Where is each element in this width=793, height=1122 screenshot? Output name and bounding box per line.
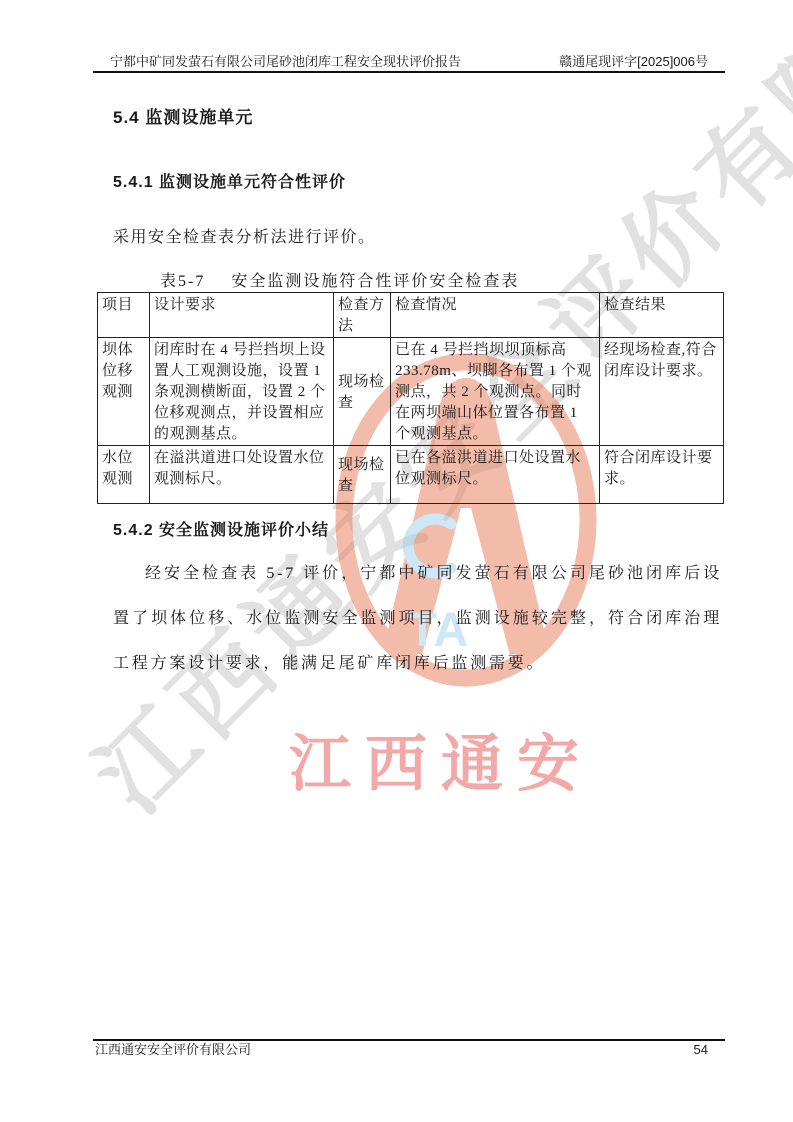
header-report-title: 宁都中矿同发萤石有限公司尾砂池闭库工程安全现状评价报告: [110, 54, 461, 69]
document-page: 江西通安安全评价有限公司 TA 江西通安 宁都中矿同发萤石有限公司尾砂池闭库工程…: [0, 0, 793, 1122]
table-header-row: 项目 设计要求 检查方法 检查情况 检查结果: [98, 293, 724, 338]
header-cell-check-situation: 检查情况: [391, 293, 600, 338]
paragraph-method: 采用安全检查表分析法进行评价。: [113, 224, 376, 247]
footer-rule: [93, 1039, 725, 1041]
header-cell-item: 项目: [98, 293, 150, 338]
page-content: 宁都中矿同发萤石有限公司尾砂池闭库工程安全现状评价报告 赣通尾现评字[2025]…: [0, 0, 793, 1122]
header-doc-number: 赣通尾现评字[2025]006号: [559, 54, 708, 69]
cell-check-situation: 已在各溢洪道进口处设置水位观测标尺。: [391, 446, 600, 504]
cell-check-method: 现场检查: [334, 446, 391, 504]
table-row-dam-displacement: 坝体位移观测 闭库时在 4 号拦挡坝上设置人工观测设施，设置 1 条观测横断面，…: [98, 338, 724, 446]
header-cell-design-requirement: 设计要求: [150, 293, 334, 338]
page-footer: 江西通安安全评价有限公司 54: [95, 1042, 708, 1057]
footer-page-number: 54: [694, 1042, 708, 1057]
section-heading-5-4: 5.4 监测设施单元: [113, 103, 253, 128]
page-header: 宁都中矿同发萤石有限公司尾砂池闭库工程安全现状评价报告 赣通尾现评字[2025]…: [110, 54, 708, 69]
paragraph-summary: 经安全检查表 5-7 评价，宁都中矿同发萤石有限公司尾砂池闭库后设置了坝体位移、…: [113, 551, 722, 686]
cell-item: 坝体位移观测: [98, 338, 150, 446]
header-cell-check-result: 检查结果: [600, 293, 724, 338]
table-row-water-level: 水位观测 在溢洪道进口处设置水位观测标尺。 现场检查 已在各溢洪道进口处设置水位…: [98, 446, 724, 504]
cell-check-situation: 已在 4 号拦挡坝坝顶标高 233.78m、坝脚各布置 1 个观测点，共 2 个…: [391, 338, 600, 446]
table-caption-title: 安全监测设施符合性评价安全检查表: [231, 273, 519, 290]
compliance-check-table: 项目 设计要求 检查方法 检查情况 检查结果 坝体位移观测 闭库时在 4 号拦挡…: [97, 292, 724, 504]
table-caption: 表5-7安全监测设施符合性评价安全检查表: [160, 268, 519, 291]
cell-check-method: 现场检查: [334, 338, 391, 446]
cell-item: 水位观测: [98, 446, 150, 504]
section-heading-5-4-2: 5.4.2 安全监测设施评价小结: [113, 517, 329, 540]
header-cell-check-method: 检查方法: [334, 293, 391, 338]
table-caption-label: 表5-7: [160, 273, 205, 290]
cell-design-requirement: 闭库时在 4 号拦挡坝上设置人工观测设施，设置 1 条观测横断面，设置 2 个位…: [150, 338, 334, 446]
header-rule: [93, 71, 725, 73]
cell-check-result: 符合闭库设计要求。: [600, 446, 724, 504]
cell-check-result: 经现场检查,符合闭库设计要求。: [600, 338, 724, 446]
footer-company-name: 江西通安安全评价有限公司: [95, 1042, 251, 1057]
section-heading-5-4-1: 5.4.1 监测设施单元符合性评价: [113, 169, 346, 192]
cell-design-requirement: 在溢洪道进口处设置水位观测标尺。: [150, 446, 334, 504]
